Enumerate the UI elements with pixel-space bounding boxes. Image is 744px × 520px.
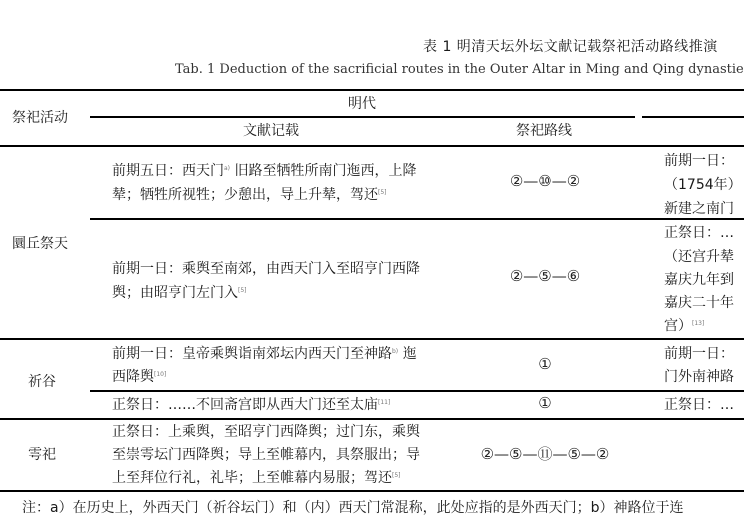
table-title-en: Tab. 1 Deduction of the sacrificial rout… bbox=[175, 62, 744, 77]
qing-line: （还宫升辇 bbox=[664, 245, 734, 269]
qing-line: 前期一日： bbox=[664, 149, 734, 173]
record-line: 西降舆[10] bbox=[112, 365, 166, 389]
record-line: 辇；牺牲所视牲；少憩出，导上升辇，驾还[5] bbox=[112, 183, 387, 207]
route-diagram: ① bbox=[470, 355, 620, 373]
header-ming: 明代 bbox=[348, 92, 376, 116]
row1-mid-rule-ming bbox=[90, 218, 744, 220]
activity-qigu: 祈谷 bbox=[28, 370, 56, 394]
activity-yusi: 雩祀 bbox=[28, 443, 56, 467]
route-diagram: ① bbox=[470, 394, 620, 412]
table-bottom-rule bbox=[0, 490, 744, 492]
row1-bottom-rule bbox=[0, 338, 744, 340]
header-bottom-rule bbox=[0, 145, 744, 147]
header-records: 文献记载 bbox=[243, 119, 299, 143]
record-line: 前期一日：乘舆至南郊，由西天门入至昭亨门西降 bbox=[112, 257, 420, 281]
qing-line: 嘉庆九年到 bbox=[664, 268, 734, 292]
table-footnote: 注：a）在历史上，外西天门（祈谷坛门）和（内）西天门常混称，此处应指的是外西天门… bbox=[22, 497, 683, 517]
qing-line: 嘉庆二十年 bbox=[664, 291, 734, 315]
route-diagram: ②—⑤—⑥ bbox=[470, 267, 620, 285]
qing-line: 正祭日：… bbox=[664, 393, 734, 417]
qing-line: 门外南神路 bbox=[664, 365, 734, 389]
qing-line: 宫）[13] bbox=[664, 314, 704, 338]
header-activity: 祭祀活动 bbox=[12, 106, 68, 130]
activity-yuanqiu: 圜丘祭天 bbox=[12, 232, 68, 256]
row2-mid-rule bbox=[90, 390, 744, 392]
record-line: 前期一日：皇帝乘舆诣南郊坛内西天门至神路b) 迤 bbox=[112, 342, 417, 366]
route-diagram: ②—⑩—② bbox=[470, 172, 620, 190]
record-line: 正祭日：……不回斋宫即从西大门还至太庙[11] bbox=[112, 393, 390, 417]
table-title-cn: 表 1 明清天坛外坛文献记载祭祀活动路线推演 bbox=[423, 36, 718, 56]
qing-subheader-rule bbox=[642, 116, 744, 118]
header-route: 祭祀路线 bbox=[516, 119, 572, 143]
record-line: 正祭日：上乘舆，至昭亨门西降舆；过门东，乘舆 bbox=[112, 420, 420, 444]
route-diagram: ②—⑤—⑪—⑤—② bbox=[460, 443, 630, 464]
qing-line: 前期一日： bbox=[664, 342, 734, 366]
record-line: 舆；由昭亨门左门入[5] bbox=[112, 281, 247, 305]
record-line: 前期五日：西天门a) 旧路至牺牲所南门迤西，上降 bbox=[112, 159, 416, 183]
top-rule bbox=[0, 89, 744, 91]
ming-subheader-rule bbox=[90, 116, 635, 118]
record-line: 上至拜位行礼，礼毕；上至帷幕内易服；驾还[5] bbox=[112, 466, 401, 490]
record-line: 至崇雩坛门西降舆；导上至帷幕内，具祭服出；导 bbox=[112, 443, 420, 467]
qing-line: 新建之南门 bbox=[664, 197, 734, 221]
qing-line: 正祭日：… bbox=[664, 221, 734, 245]
qing-line: （1754年） bbox=[664, 173, 742, 197]
